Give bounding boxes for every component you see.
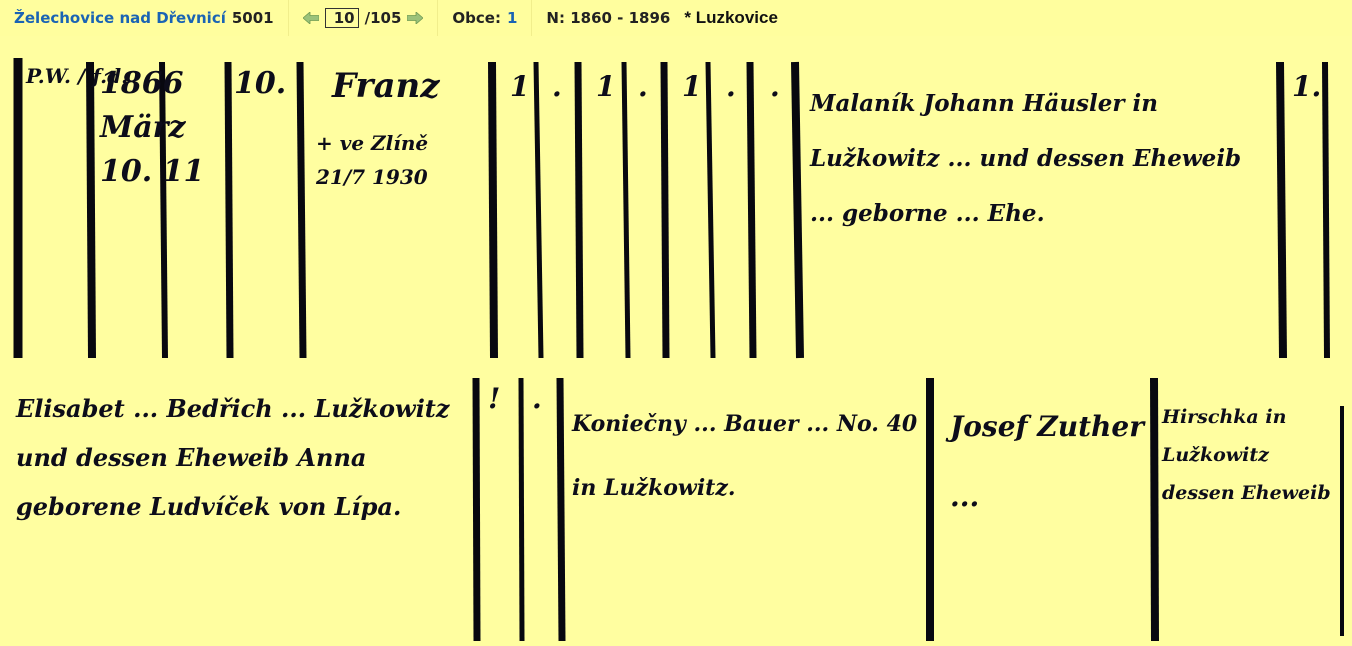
handwritten-date: 1866 März 10. 11 (100, 62, 220, 194)
page-number-input[interactable] (325, 8, 359, 28)
pager: /105 (289, 0, 439, 36)
obce-label: Obce: (452, 9, 501, 27)
handwritten-name: Franz (332, 66, 440, 106)
tally-mark: . (552, 70, 562, 103)
tally-mark: 1 (510, 70, 529, 103)
register-code: 5001 (232, 9, 274, 27)
tally-mark: . (770, 70, 780, 103)
parish-link[interactable]: Želechovice nad Dřevnicí (14, 9, 226, 27)
tally-mark: 1 (682, 70, 701, 103)
tally-mark: ! (488, 382, 500, 415)
tally-mark: . (532, 382, 542, 415)
handwritten-end-mark: 1. (1292, 70, 1321, 103)
total-pages: /105 (365, 9, 402, 27)
handwritten-parents: Malaník Johann Häusler in Lužkowitz ... … (810, 76, 1270, 241)
range-section: N: 1860 - 1896 * Luzkovice (532, 0, 792, 36)
tally-mark: 1 (596, 70, 615, 103)
handwritten-midwife: Josef Zuther ... (950, 392, 1150, 532)
village-name: * Luzkovice (684, 8, 778, 28)
handwritten-extra: Hirschka in Lužkowitz dessen Eheweib (1162, 398, 1342, 512)
obce-count-link[interactable]: 1 (507, 9, 517, 27)
handwritten-mother: Elisabet ... Bedřich ... Lužkowitz und d… (16, 384, 466, 531)
arrow-left-icon[interactable] (303, 12, 319, 24)
toolbar: Želechovice nad Dřevnicí 5001 /105 Obce:… (0, 0, 1352, 36)
handwritten-godparents: Koniečny ... Bauer ... No. 40 in Lužkowi… (572, 392, 922, 520)
obce-section: Obce: 1 (438, 0, 532, 36)
tally-mark: . (638, 70, 648, 103)
arrow-right-icon[interactable] (407, 12, 423, 24)
tally-mark: . (726, 70, 736, 103)
handwritten-number: 10. (234, 66, 286, 101)
parish-section: Želechovice nad Dřevnicí 5001 (0, 0, 289, 36)
register-scan-image: P.W. / f.d. 1866 März 10. 11 10. Franz +… (0, 36, 1352, 646)
handwritten-note: + ve Zlíně 21/7 1930 (316, 126, 476, 194)
record-range: N: 1860 - 1896 (546, 9, 670, 27)
